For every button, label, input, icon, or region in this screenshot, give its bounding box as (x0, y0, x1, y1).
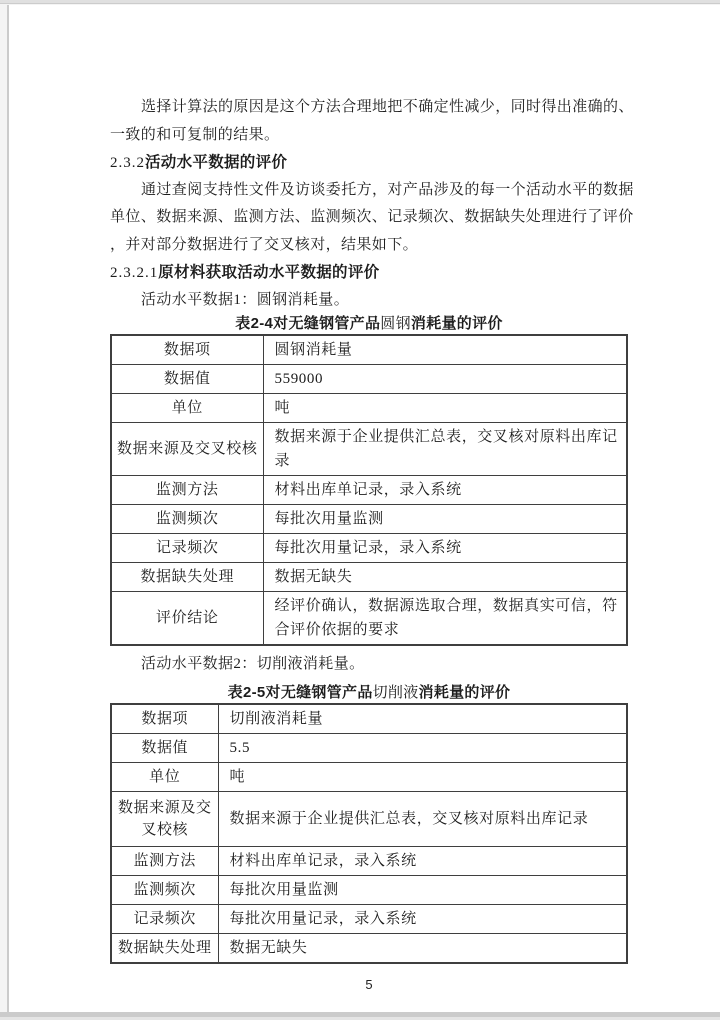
section-heading-2-3-2-1: 2.3.2.1原材料获取活动水平数据的评价 (110, 259, 628, 287)
section-number: 2.3.2 (110, 155, 145, 171)
row-label: 监测方法 (111, 476, 263, 505)
table-row: 监测方法 材料出库单记录，录入系统 (111, 476, 627, 505)
table-row: 数据项 圆钢消耗量 (111, 335, 627, 365)
table-2-4-caption: 表2-4对无缝钢管产品圆钢消耗量的评价 (110, 314, 628, 334)
activity-data-1-line: 活动水平数据1：圆钢消耗量。 (110, 287, 628, 315)
body-line: 单位、数据来源、监测方法、监测频次、记录频次、数据缺失处理进行了评价 (110, 204, 628, 232)
row-value: 材料出库单记录，录入系统 (263, 476, 627, 505)
table-row: 单位 吨 (111, 394, 627, 423)
caption-prefix: 表2-4对无缝钢管产品 (235, 315, 380, 332)
row-value: 吨 (263, 394, 627, 423)
table-2-5-caption: 表2-5对无缝钢管产品切削液消耗量的评价 (110, 683, 628, 703)
table-row: 数据缺失处理 数据无缺失 (111, 933, 627, 963)
table-row: 监测频次 每批次用量监测 (111, 505, 627, 534)
body-line: ，并对部分数据进行了交叉核对，结果如下。 (110, 232, 628, 260)
document-viewer: 选择计算法的原因是这个方法合理地把不确定性减少，同时得出准确的、 一致的和可复制… (0, 0, 720, 1020)
table-row: 监测频次 每批次用量监测 (111, 875, 627, 904)
row-label: 监测频次 (111, 875, 218, 904)
table-2-4: 数据项 圆钢消耗量 数据值 559000 单位 吨 数据来源及交叉校核 数据来源… (110, 334, 628, 646)
row-label: 记录频次 (111, 534, 263, 563)
row-label: 数据值 (111, 733, 218, 762)
row-value: 数据无缺失 (263, 563, 627, 592)
row-label: 记录频次 (111, 904, 218, 933)
row-value: 559000 (263, 365, 627, 394)
row-value: 每批次用量监测 (218, 875, 627, 904)
row-label: 单位 (111, 394, 263, 423)
row-value: 数据来源于企业提供汇总表，交叉核对原料出库记录 (218, 791, 627, 846)
row-value: 切削液消耗量 (218, 704, 627, 734)
row-value: 数据无缺失 (218, 933, 627, 963)
table-row: 数据来源及交叉校核 数据来源于企业提供汇总表，交叉核对原料出库记录 (111, 423, 627, 476)
section-heading-2-3-2: 2.3.2活动水平数据的评价 (110, 149, 628, 177)
table-row: 数据项 切削液消耗量 (111, 704, 627, 734)
table-row: 记录频次 每批次用量记录，录入系统 (111, 904, 627, 933)
row-label: 数据来源及交叉校核 (111, 423, 263, 476)
table-row: 数据值 5.5 (111, 733, 627, 762)
row-value: 吨 (218, 762, 627, 791)
caption-product: 圆钢 (380, 316, 411, 332)
row-label: 数据项 (111, 704, 218, 734)
page-content: 选择计算法的原因是这个方法合理地把不确定性减少，同时得出准确的、 一致的和可复制… (110, 94, 628, 992)
caption-suffix: 消耗量的评价 (411, 315, 503, 332)
row-value: 每批次用量记录，录入系统 (263, 534, 627, 563)
row-label: 数据缺失处理 (111, 563, 263, 592)
table-row: 数据值 559000 (111, 365, 627, 394)
row-label: 监测方法 (111, 846, 218, 875)
row-label: 数据来源及交叉校核 (111, 791, 218, 846)
table-row: 记录频次 每批次用量记录，录入系统 (111, 534, 627, 563)
body-line: 一致的和可复制的结果。 (110, 122, 628, 150)
row-value: 数据来源于企业提供汇总表，交叉核对原料出库记录 (263, 423, 627, 476)
row-label: 数据值 (111, 365, 263, 394)
table-row: 监测方法 材料出库单记录，录入系统 (111, 846, 627, 875)
row-value: 经评价确认，数据源选取合理，数据真实可信，符合评价依据的要求 (263, 592, 627, 646)
table-row: 评价结论 经评价确认，数据源选取合理，数据真实可信，符合评价依据的要求 (111, 592, 627, 646)
row-label: 数据缺失处理 (111, 933, 218, 963)
page-number: 5 (110, 977, 628, 992)
caption-product: 切削液 (373, 685, 419, 701)
table-row: 单位 吨 (111, 762, 627, 791)
row-label: 数据项 (111, 335, 263, 365)
caption-suffix: 消耗量的评价 (419, 684, 511, 701)
section-title: 活动水平数据的评价 (145, 154, 287, 171)
caption-prefix: 表2-5对无缝钢管产品 (228, 684, 373, 701)
viewer-top-edge (0, 0, 720, 4)
row-value: 圆钢消耗量 (263, 335, 627, 365)
row-value: 材料出库单记录，录入系统 (218, 846, 627, 875)
activity-data-2-line: 活动水平数据2：切削液消耗量。 (110, 651, 628, 679)
section-title: 原材料获取活动水平数据的评价 (158, 264, 379, 281)
row-value: 5.5 (218, 733, 627, 762)
body-line: 选择计算法的原因是这个方法合理地把不确定性减少，同时得出准确的、 (110, 94, 628, 122)
row-value: 每批次用量监测 (263, 505, 627, 534)
row-label: 监测频次 (111, 505, 263, 534)
table-row: 数据来源及交叉校核 数据来源于企业提供汇总表，交叉核对原料出库记录 (111, 791, 627, 846)
row-label: 单位 (111, 762, 218, 791)
table-2-5: 数据项 切削液消耗量 数据值 5.5 单位 吨 数据来源及交叉校核 数据来源于企… (110, 703, 628, 964)
row-value: 每批次用量记录，录入系统 (218, 904, 627, 933)
row-label: 评价结论 (111, 592, 263, 646)
body-line: 通过查阅支持性文件及访谈委托方，对产品涉及的每一个活动水平的数据 (110, 177, 628, 205)
section-number: 2.3.2.1 (110, 265, 158, 281)
table-row: 数据缺失处理 数据无缺失 (111, 563, 627, 592)
